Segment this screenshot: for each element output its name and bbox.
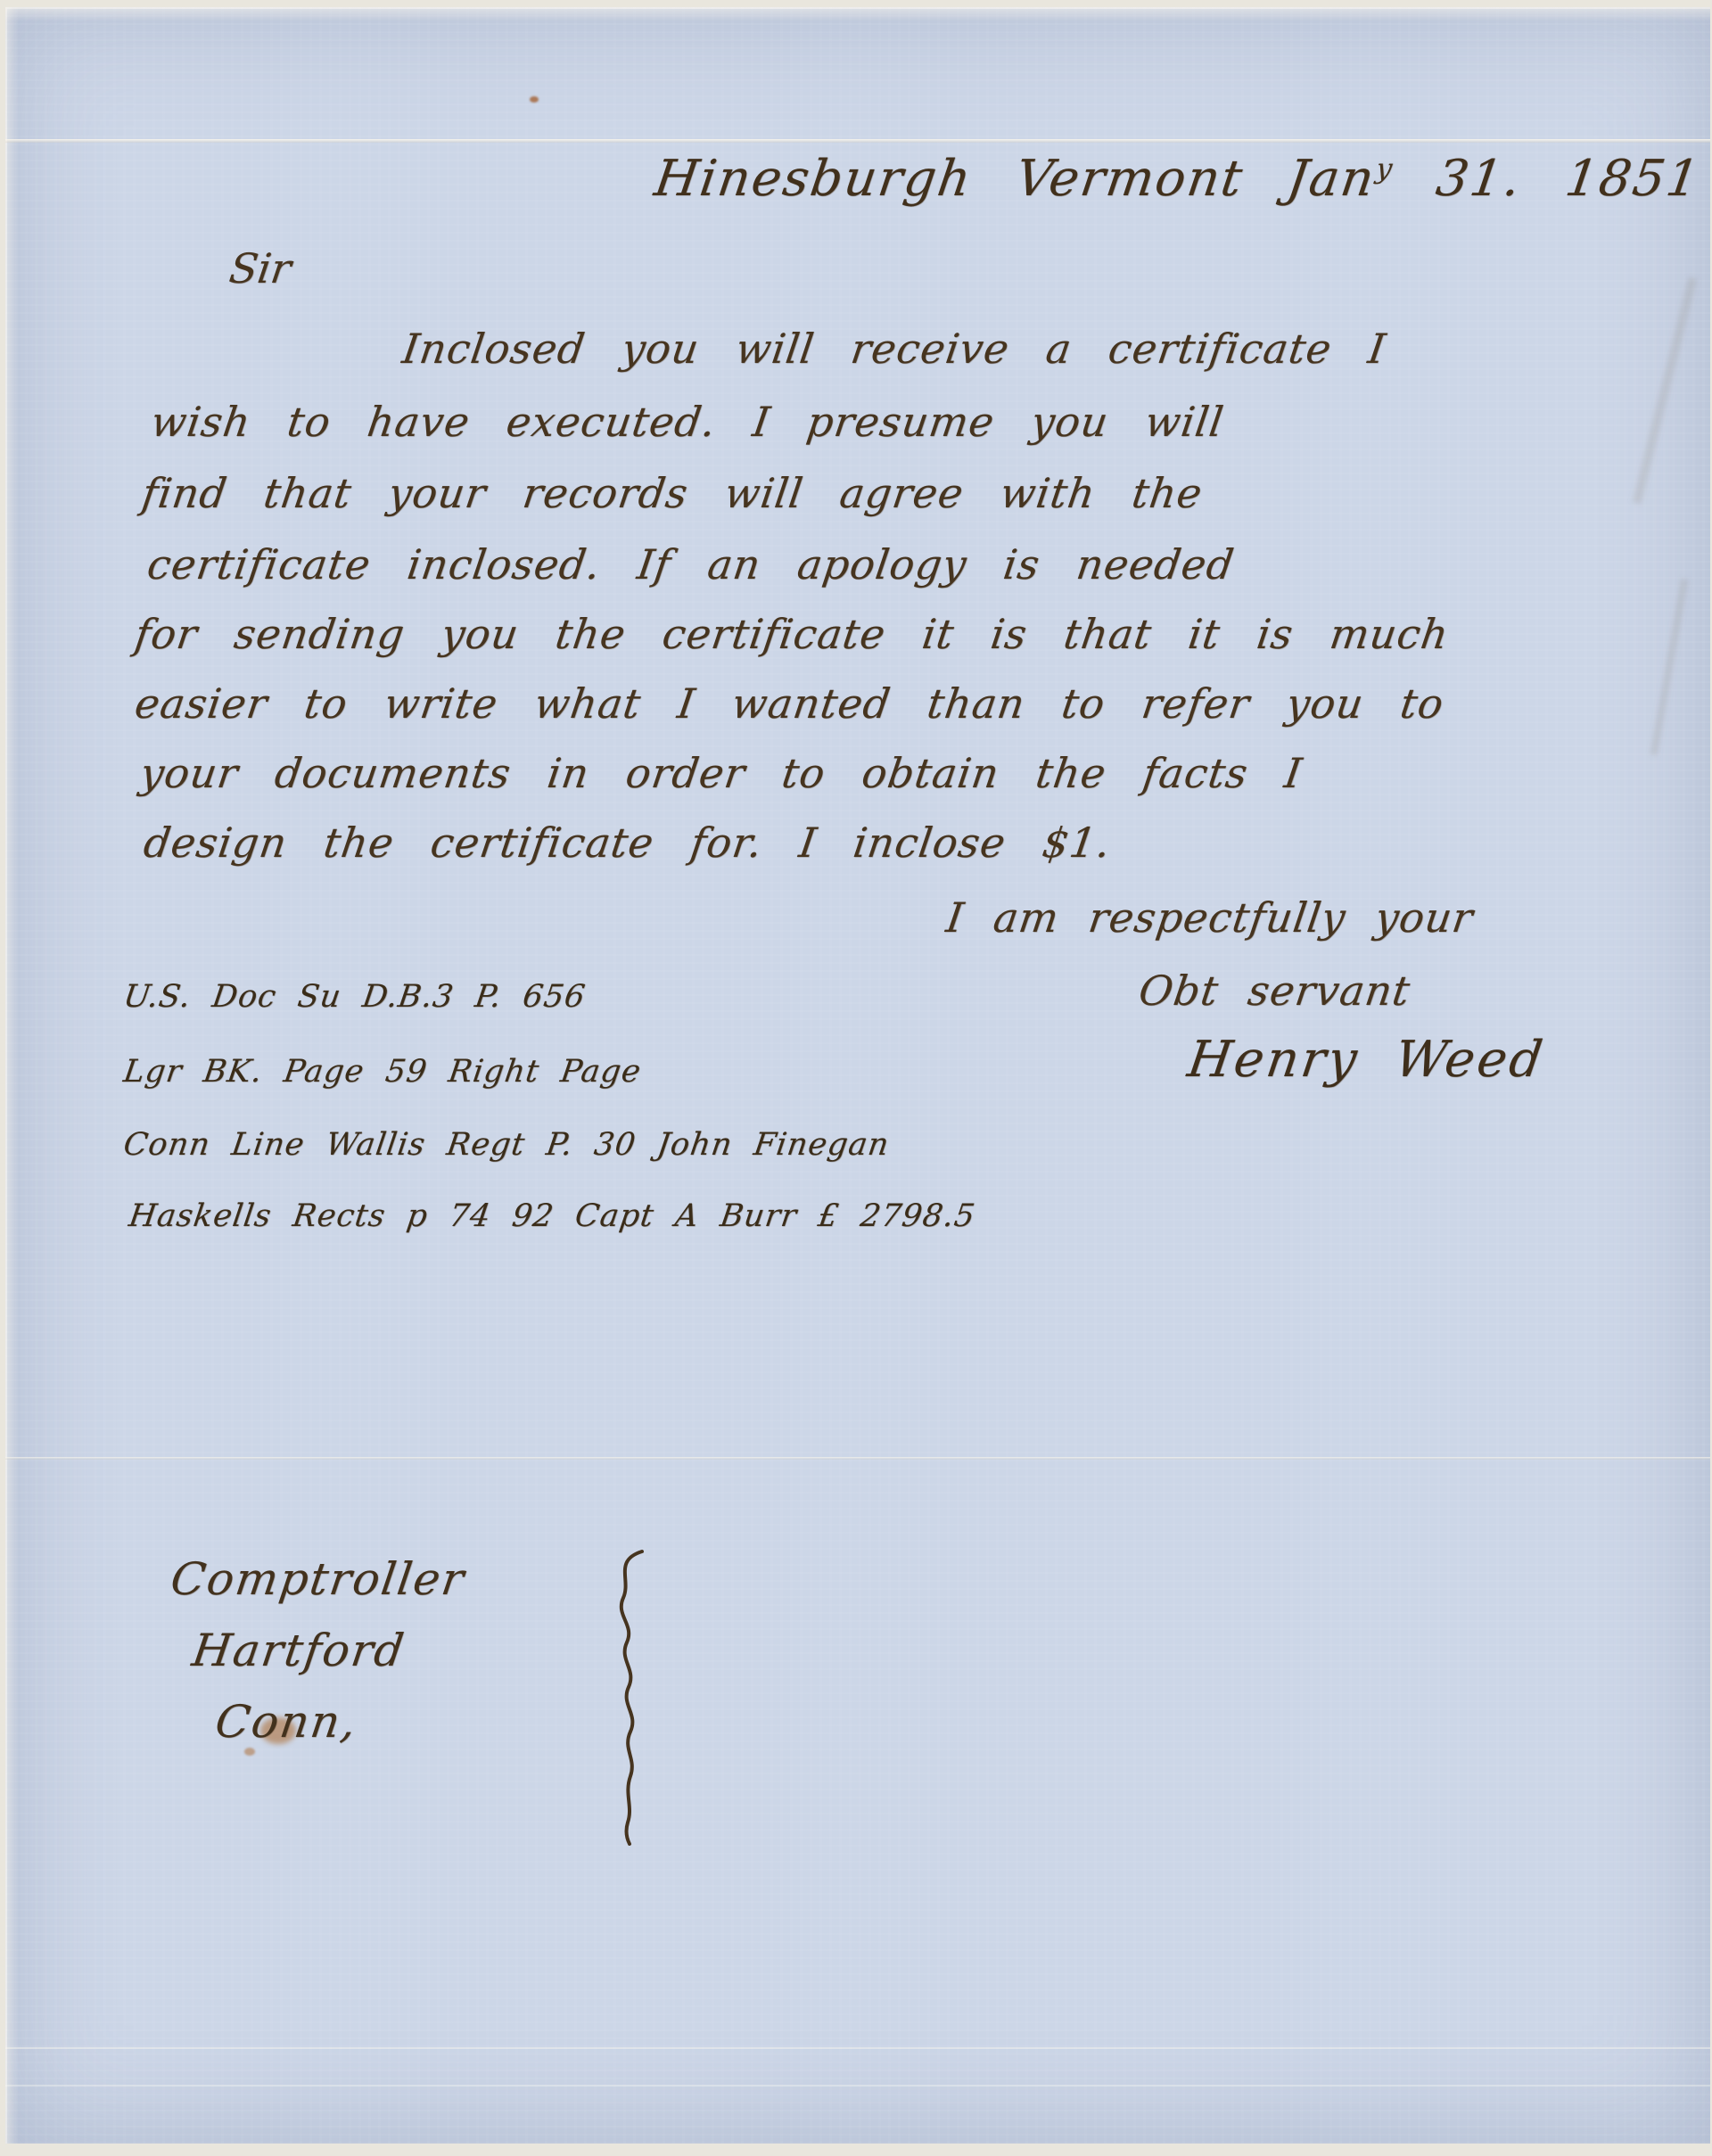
body-line: your documents in order to obtain the fa… [137, 749, 1305, 797]
closing-line: Obt servant [1136, 967, 1413, 1015]
margin-note: Conn Line Wallis Regt P. 30 John Finegan [121, 1127, 892, 1163]
dateline-state: Vermont [1012, 150, 1247, 208]
show-through-mark [1650, 579, 1689, 755]
body-line: certificate inclosed. If an apology is n… [144, 540, 1238, 588]
dateline-day-year: 31. 1851 [1433, 150, 1705, 208]
ink-stain [530, 96, 539, 103]
paper-crease [5, 2085, 1710, 2086]
body-line: find that your records will agree with t… [139, 469, 1206, 517]
paper-crease [5, 1457, 1710, 1460]
body-line: design the certificate for. I inclose $1… [141, 819, 1114, 867]
paper-crease [5, 2047, 1710, 2049]
address-brace-icon [576, 1546, 662, 1846]
ink-stain [244, 1748, 255, 1756]
show-through-mark [1633, 277, 1698, 505]
body-line: for sending you the certificate it is th… [132, 610, 1452, 658]
dateline-month: Jan [1284, 150, 1379, 208]
margin-note: U.S. Doc Su D.B.3 P. 656 [121, 979, 588, 1015]
body-line: Inclosed you will receive a certificate … [399, 325, 1389, 373]
margin-note: Haskells Rects p 74 92 Capt A Burr £ 279… [127, 1198, 977, 1234]
salutation: Sir [226, 244, 294, 292]
dateline-place: Hinesburgh [651, 150, 975, 208]
address-line: Hartford [189, 1625, 408, 1676]
closing-line: I am respectfully your [943, 893, 1477, 942]
address-line: Comptroller [168, 1553, 469, 1605]
letter-paper: Hinesburgh Vermont Jany 31. 1851 Sir Inc… [5, 7, 1710, 2144]
body-line: easier to write what I wanted than to re… [132, 679, 1447, 728]
signature: Henry Weed [1184, 1031, 1549, 1089]
dateline-superscript: y [1374, 152, 1395, 185]
dateline: Hinesburgh Vermont Jany 31. 1851 [651, 150, 1704, 208]
margin-note: Lgr BK. Page 59 Right Page [121, 1054, 644, 1090]
body-line: wish to have executed. I presume you wil… [148, 398, 1227, 446]
paper-crease [5, 139, 1710, 143]
address-line: Conn, [212, 1696, 361, 1748]
